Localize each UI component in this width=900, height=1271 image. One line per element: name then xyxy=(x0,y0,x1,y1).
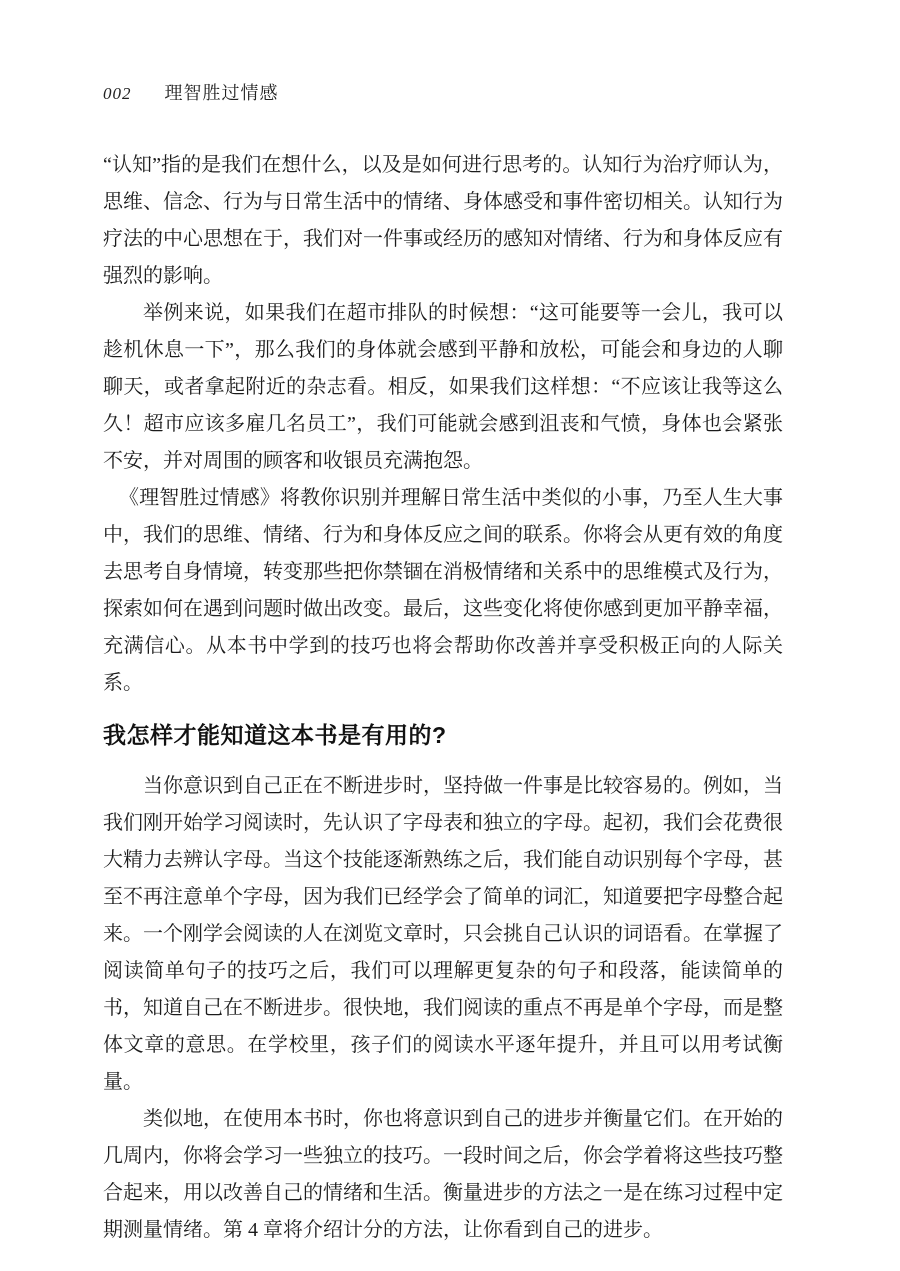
section-heading: 我怎样才能知道这本书是有用的? xyxy=(103,715,783,755)
book-page: 002 理智胜过情感 “认知”指的是我们在想什么，以及是如何进行思考的。认知行为… xyxy=(0,0,900,1271)
paragraph-book-overview: 《理智胜过情感》将教你识别并理解日常生活中类似的小事，乃至人生大事中，我们的思维… xyxy=(103,480,783,702)
paragraph-supermarket-example: 举例来说，如果我们在超市排队的时候想：“这可能要等一会儿，我可以趁机休息一下”，… xyxy=(103,295,783,480)
page-content: “认知”指的是我们在想什么，以及是如何进行思考的。认知行为治疗师认为，思维、信念… xyxy=(103,147,783,1249)
running-header: 002 理智胜过情感 xyxy=(103,82,279,105)
paragraph-progress-measurement: 类似地，在使用本书时，你也将意识到自己的进步并衡量它们。在开始的几周内，你将会学… xyxy=(103,1101,783,1249)
paragraph-reading-analogy: 当你意识到自己正在不断进步时，坚持做一件事是比较容易的。例如，当我们刚开始学习阅… xyxy=(103,768,783,1101)
paragraph-cognition-definition: “认知”指的是我们在想什么，以及是如何进行思考的。认知行为治疗师认为，思维、信念… xyxy=(103,147,783,295)
running-title: 理智胜过情感 xyxy=(165,82,279,104)
page-number: 002 xyxy=(103,83,132,105)
